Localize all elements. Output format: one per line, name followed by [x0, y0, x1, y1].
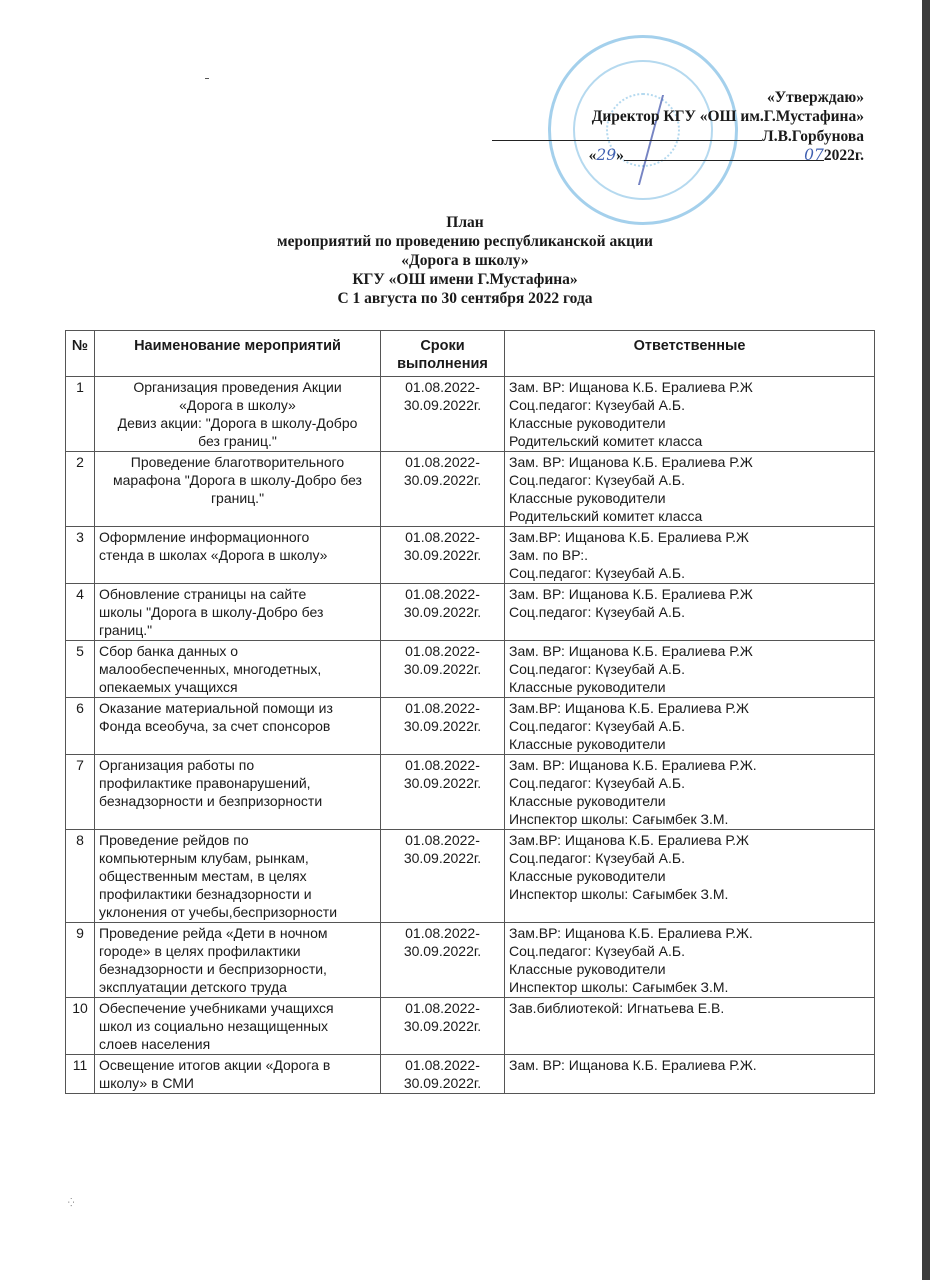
responsible-line: Соц.педагог: Күзеубай А.Б.	[509, 717, 870, 735]
row-number: 10	[66, 998, 95, 1055]
header-deadline: Сроки выполнения	[381, 331, 505, 377]
event-name-line: Проведение благотворительного	[99, 453, 376, 471]
responsible-cell: Зам.ВР: Ищанова К.Б. Ералиева Р.ЖСоц.пед…	[505, 830, 875, 923]
header-number: №	[66, 331, 95, 377]
event-name-line: эксплуатации детского труда	[99, 978, 376, 996]
responsible-line: Родительский комитет класса	[509, 507, 870, 525]
responsible-line: Соц.педагог: Күзеубай А.Б.	[509, 774, 870, 792]
date-month-line: 07	[624, 146, 824, 161]
table-row: 4Обновление страницы на сайтешколы "Доро…	[66, 584, 875, 641]
responsible-cell: Зам. ВР: Ищанова К.Б. Ералиева Р.ЖСоц.пе…	[505, 584, 875, 641]
table-row: 7Организация работы попрофилактике право…	[66, 755, 875, 830]
event-name-cell: Обеспечение учебниками учащихсяшкол из с…	[95, 998, 381, 1055]
event-name-line: марафона "Дорога в школу-Добро без	[99, 471, 376, 489]
row-number: 1	[66, 377, 95, 452]
deadline-line: 30.09.2022г.	[385, 546, 500, 564]
signature-underline	[492, 126, 762, 141]
date-month: 07	[804, 146, 824, 164]
table-body: 1Организация проведения Акции«Дорога в ш…	[66, 377, 875, 1094]
approval-date: «29»072022г.	[492, 146, 864, 165]
row-number: 3	[66, 527, 95, 584]
event-name-cell: Освещение итогов акции «Дорога вшколу» в…	[95, 1055, 381, 1094]
event-name-line: Освещение итогов акции «Дорога в	[99, 1056, 376, 1074]
event-name-cell: Обновление страницы на сайтешколы "Дорог…	[95, 584, 381, 641]
date-year: 2022г.	[824, 147, 864, 164]
responsible-line: Зам. ВР: Ищанова К.Б. Ералиева Р.Ж	[509, 453, 870, 471]
deadline-line: 30.09.2022г.	[385, 942, 500, 960]
deadline-line: 30.09.2022г.	[385, 774, 500, 792]
event-name-line: безнадзорности и безпризорности	[99, 792, 376, 810]
responsible-line: Классные руководители	[509, 867, 870, 885]
event-name-line: Девиз акции: "Дорога в школу-Добро	[99, 414, 376, 432]
table-row: 2Проведение благотворительногомарафона "…	[66, 452, 875, 527]
row-number: 2	[66, 452, 95, 527]
deadline-line: 01.08.2022-	[385, 831, 500, 849]
event-name-line: безнадзорности и беспризорности,	[99, 960, 376, 978]
event-name-cell: Проведение рейда «Дети в ночномгороде» в…	[95, 923, 381, 998]
responsible-line: Классные руководители	[509, 792, 870, 810]
responsible-line: Соц.педагог: Күзеубай А.Б.	[509, 942, 870, 960]
event-name-line: стенда в школах «Дорога в школу»	[99, 546, 376, 564]
deadline-line: 30.09.2022г.	[385, 603, 500, 621]
responsible-line: Зам. ВР: Ищанова К.Б. Ералиева Р.Ж.	[509, 756, 870, 774]
responsible-line: Классные руководители	[509, 960, 870, 978]
date-day: 29	[596, 146, 616, 164]
deadline-line: 30.09.2022г.	[385, 471, 500, 489]
scan-artifact: ⁛	[68, 1198, 74, 1212]
event-name-cell: Оформление информационногостенда в школа…	[95, 527, 381, 584]
responsible-line: Зам.ВР: Ищанова К.Б. Ералиева Р.Ж.	[509, 924, 870, 942]
deadline-line: 30.09.2022г.	[385, 717, 500, 735]
table-row: 5Сбор банка данных омалообеспеченных, мн…	[66, 641, 875, 698]
scan-mark	[205, 78, 209, 79]
responsible-line: Соц.педагог: Күзеубай А.Б.	[509, 564, 870, 582]
event-name-line: слоев населения	[99, 1035, 376, 1053]
document-title: План мероприятий по проведению республик…	[0, 213, 930, 308]
event-name-cell: Организация работы попрофилактике правон…	[95, 755, 381, 830]
responsible-cell: Зам. ВР: Ищанова К.Б. Ералиева Р.ЖСоц.пе…	[505, 377, 875, 452]
date-quote-close: »	[616, 147, 624, 164]
responsible-line: Классные руководители	[509, 414, 870, 432]
responsible-cell: Зам. ВР: Ищанова К.Б. Ералиева Р.ЖСоц.пе…	[505, 641, 875, 698]
deadline-line: 30.09.2022г.	[385, 660, 500, 678]
deadline-line: 01.08.2022-	[385, 999, 500, 1017]
responsible-line: Зам.ВР: Ищанова К.Б. Ералиева Р.Ж	[509, 831, 870, 849]
event-name-line: Сбор банка данных о	[99, 642, 376, 660]
responsible-line: Классные руководители	[509, 678, 870, 696]
event-name-line: компьютерным клубам, рынкам,	[99, 849, 376, 867]
responsible-line: Соц.педагог: Күзеубай А.Б.	[509, 849, 870, 867]
responsible-line: Классные руководители	[509, 489, 870, 507]
title-line-1: План	[0, 213, 930, 232]
responsible-line: Зав.библиотекой: Игнатьева Е.В.	[509, 999, 870, 1017]
event-name-line: границ."	[99, 621, 376, 639]
table-row: 10Обеспечение учебниками учащихсяшкол из…	[66, 998, 875, 1055]
header-event-name: Наименование мероприятий	[95, 331, 381, 377]
responsible-line: Зам. ВР: Ищанова К.Б. Ералиева Р.Ж	[509, 642, 870, 660]
deadline-cell: 01.08.2022-30.09.2022г.	[381, 923, 505, 998]
row-number: 11	[66, 1055, 95, 1094]
event-name-line: школ из социально незащищенных	[99, 1017, 376, 1035]
responsible-cell: Зав.библиотекой: Игнатьева Е.В.	[505, 998, 875, 1055]
deadline-line: 01.08.2022-	[385, 924, 500, 942]
approval-block: «Утверждаю» Директор КГУ «ОШ им.Г.Мустаф…	[492, 88, 864, 165]
responsible-cell: Зам.ВР: Ищанова К.Б. Ералиева Р.Ж.Соц.пе…	[505, 923, 875, 998]
event-name-line: Обновление страницы на сайте	[99, 585, 376, 603]
deadline-line: 30.09.2022г.	[385, 1017, 500, 1035]
event-name-cell: Организация проведения Акции«Дорога в шк…	[95, 377, 381, 452]
deadline-line: 01.08.2022-	[385, 453, 500, 471]
event-name-line: без границ."	[99, 432, 376, 450]
table-row: 9Проведение рейда «Дети в ночномгороде» …	[66, 923, 875, 998]
event-name-line: школы "Дорога в школу-Добро без	[99, 603, 376, 621]
responsible-line: Зам.ВР: Ищанова К.Б. Ералиева Р.Ж	[509, 699, 870, 717]
row-number: 9	[66, 923, 95, 998]
deadline-cell: 01.08.2022-30.09.2022г.	[381, 377, 505, 452]
event-name-line: Фонда всеобуча, за счет спонсоров	[99, 717, 376, 735]
table-row: 3Оформление информационногостенда в школ…	[66, 527, 875, 584]
event-name-cell: Сбор банка данных омалообеспеченных, мно…	[95, 641, 381, 698]
event-name-line: Проведение рейда «Дети в ночном	[99, 924, 376, 942]
title-line-3: «Дорога в школу»	[0, 251, 930, 270]
deadline-line: 30.09.2022г.	[385, 1074, 500, 1092]
event-name-cell: Проведение благотворительногомарафона "Д…	[95, 452, 381, 527]
row-number: 6	[66, 698, 95, 755]
title-line-2: мероприятий по проведению республиканско…	[0, 232, 930, 251]
event-name-line: Оформление информационного	[99, 528, 376, 546]
table-header-row: № Наименование мероприятий Сроки выполне…	[66, 331, 875, 377]
deadline-cell: 01.08.2022-30.09.2022г.	[381, 584, 505, 641]
responsible-line: Классные руководители	[509, 735, 870, 753]
event-name-line: опекаемых учащихся	[99, 678, 376, 696]
responsible-line: Соц.педагог: Күзеубай А.Б.	[509, 660, 870, 678]
responsible-cell: Зам.ВР: Ищанова К.Б. Ералиева Р.ЖЗам. по…	[505, 527, 875, 584]
event-name-line: профилактике правонарушений,	[99, 774, 376, 792]
row-number: 4	[66, 584, 95, 641]
deadline-line: 01.08.2022-	[385, 528, 500, 546]
deadline-line: 01.08.2022-	[385, 1056, 500, 1074]
header-responsible: Ответственные	[505, 331, 875, 377]
scan-edge	[922, 0, 930, 1280]
responsible-line: Соц.педагог: Күзеубай А.Б.	[509, 471, 870, 489]
event-name-line: Проведение рейдов по	[99, 831, 376, 849]
event-name-line: Обеспечение учебниками учащихся	[99, 999, 376, 1017]
row-number: 5	[66, 641, 95, 698]
responsible-cell: Зам. ВР: Ищанова К.Б. Ералиева Р.Ж. Соц.…	[505, 755, 875, 830]
deadline-cell: 01.08.2022-30.09.2022г.	[381, 998, 505, 1055]
table-row: 11Освещение итогов акции «Дорога вшколу»…	[66, 1055, 875, 1094]
deadline-line: 01.08.2022-	[385, 378, 500, 396]
deadline-cell: 01.08.2022-30.09.2022г.	[381, 830, 505, 923]
table-row: 6Оказание материальной помощи изФонда вс…	[66, 698, 875, 755]
responsible-line: Инспектор школы: Сағымбек З.М.	[509, 810, 870, 828]
deadline-line: 01.08.2022-	[385, 642, 500, 660]
event-name-line: Оказание материальной помощи из	[99, 699, 376, 717]
event-name-line: малообеспеченных, многодетных,	[99, 660, 376, 678]
approval-title: «Утверждаю»	[492, 88, 864, 107]
deadline-line: 01.08.2022-	[385, 756, 500, 774]
responsible-line: Зам. по ВР:.	[509, 546, 870, 564]
approval-signature-line: Л.В.Горбунова	[492, 126, 864, 146]
event-name-line: Организация работы по	[99, 756, 376, 774]
responsible-line: Родительский комитет класса	[509, 432, 870, 450]
row-number: 8	[66, 830, 95, 923]
event-name-line: общественным местам, в целях	[99, 867, 376, 885]
deadline-cell: 01.08.2022-30.09.2022г.	[381, 755, 505, 830]
event-name-cell: Проведение рейдов покомпьютерным клубам,…	[95, 830, 381, 923]
responsible-line: Инспектор школы: Сағымбек З.М.	[509, 978, 870, 996]
events-plan-table: № Наименование мероприятий Сроки выполне…	[65, 330, 875, 1094]
responsible-cell: Зам.ВР: Ищанова К.Б. Ералиева Р.Ж Соц.пе…	[505, 698, 875, 755]
event-name-line: Организация проведения Акции	[99, 378, 376, 396]
deadline-line: 01.08.2022-	[385, 585, 500, 603]
deadline-cell: 01.08.2022-30.09.2022г.	[381, 527, 505, 584]
approval-position: Директор КГУ «ОШ им.Г.Мустафина»	[492, 107, 864, 126]
event-name-line: городе» в целях профилактики	[99, 942, 376, 960]
row-number: 7	[66, 755, 95, 830]
responsible-cell: Зам. ВР: Ищанова К.Б. Ералиева Р.Ж.	[505, 1055, 875, 1094]
responsible-line: Зам. ВР: Ищанова К.Б. Ералиева Р.Ж	[509, 378, 870, 396]
event-name-line: профилактики безнадзорности и	[99, 885, 376, 903]
deadline-cell: 01.08.2022-30.09.2022г.	[381, 1055, 505, 1094]
responsible-line: Соц.педагог: Күзеубай А.Б.	[509, 396, 870, 414]
event-name-line: границ."	[99, 489, 376, 507]
title-line-4: КГУ «ОШ имени Г.Мустафина»	[0, 270, 930, 289]
responsible-line: Зам. ВР: Ищанова К.Б. Ералиева Р.Ж	[509, 585, 870, 603]
deadline-cell: 01.08.2022-30.09.2022г.	[381, 452, 505, 527]
event-name-line: «Дорога в школу»	[99, 396, 376, 414]
responsible-cell: Зам. ВР: Ищанова К.Б. Ералиева Р.ЖСоц.пе…	[505, 452, 875, 527]
responsible-line: Зам. ВР: Ищанова К.Б. Ералиева Р.Ж.	[509, 1056, 870, 1074]
responsible-line: Соц.педагог: Күзеубай А.Б.	[509, 603, 870, 621]
deadline-cell: 01.08.2022-30.09.2022г.	[381, 698, 505, 755]
responsible-line: Инспектор школы: Сағымбек З.М.	[509, 885, 870, 903]
director-name: Л.В.Горбунова	[762, 128, 864, 145]
title-line-5: С 1 августа по 30 сентября 2022 года	[0, 289, 930, 308]
table-row: 8Проведение рейдов покомпьютерным клубам…	[66, 830, 875, 923]
deadline-cell: 01.08.2022-30.09.2022г.	[381, 641, 505, 698]
deadline-line: 30.09.2022г.	[385, 849, 500, 867]
event-name-line: школу» в СМИ	[99, 1074, 376, 1092]
responsible-line: Зам.ВР: Ищанова К.Б. Ералиева Р.Ж	[509, 528, 870, 546]
event-name-line: уклонения от учебы,беспризорности	[99, 903, 376, 921]
event-name-cell: Оказание материальной помощи изФонда все…	[95, 698, 381, 755]
deadline-line: 30.09.2022г.	[385, 396, 500, 414]
table-row: 1Организация проведения Акции«Дорога в ш…	[66, 377, 875, 452]
deadline-line: 01.08.2022-	[385, 699, 500, 717]
